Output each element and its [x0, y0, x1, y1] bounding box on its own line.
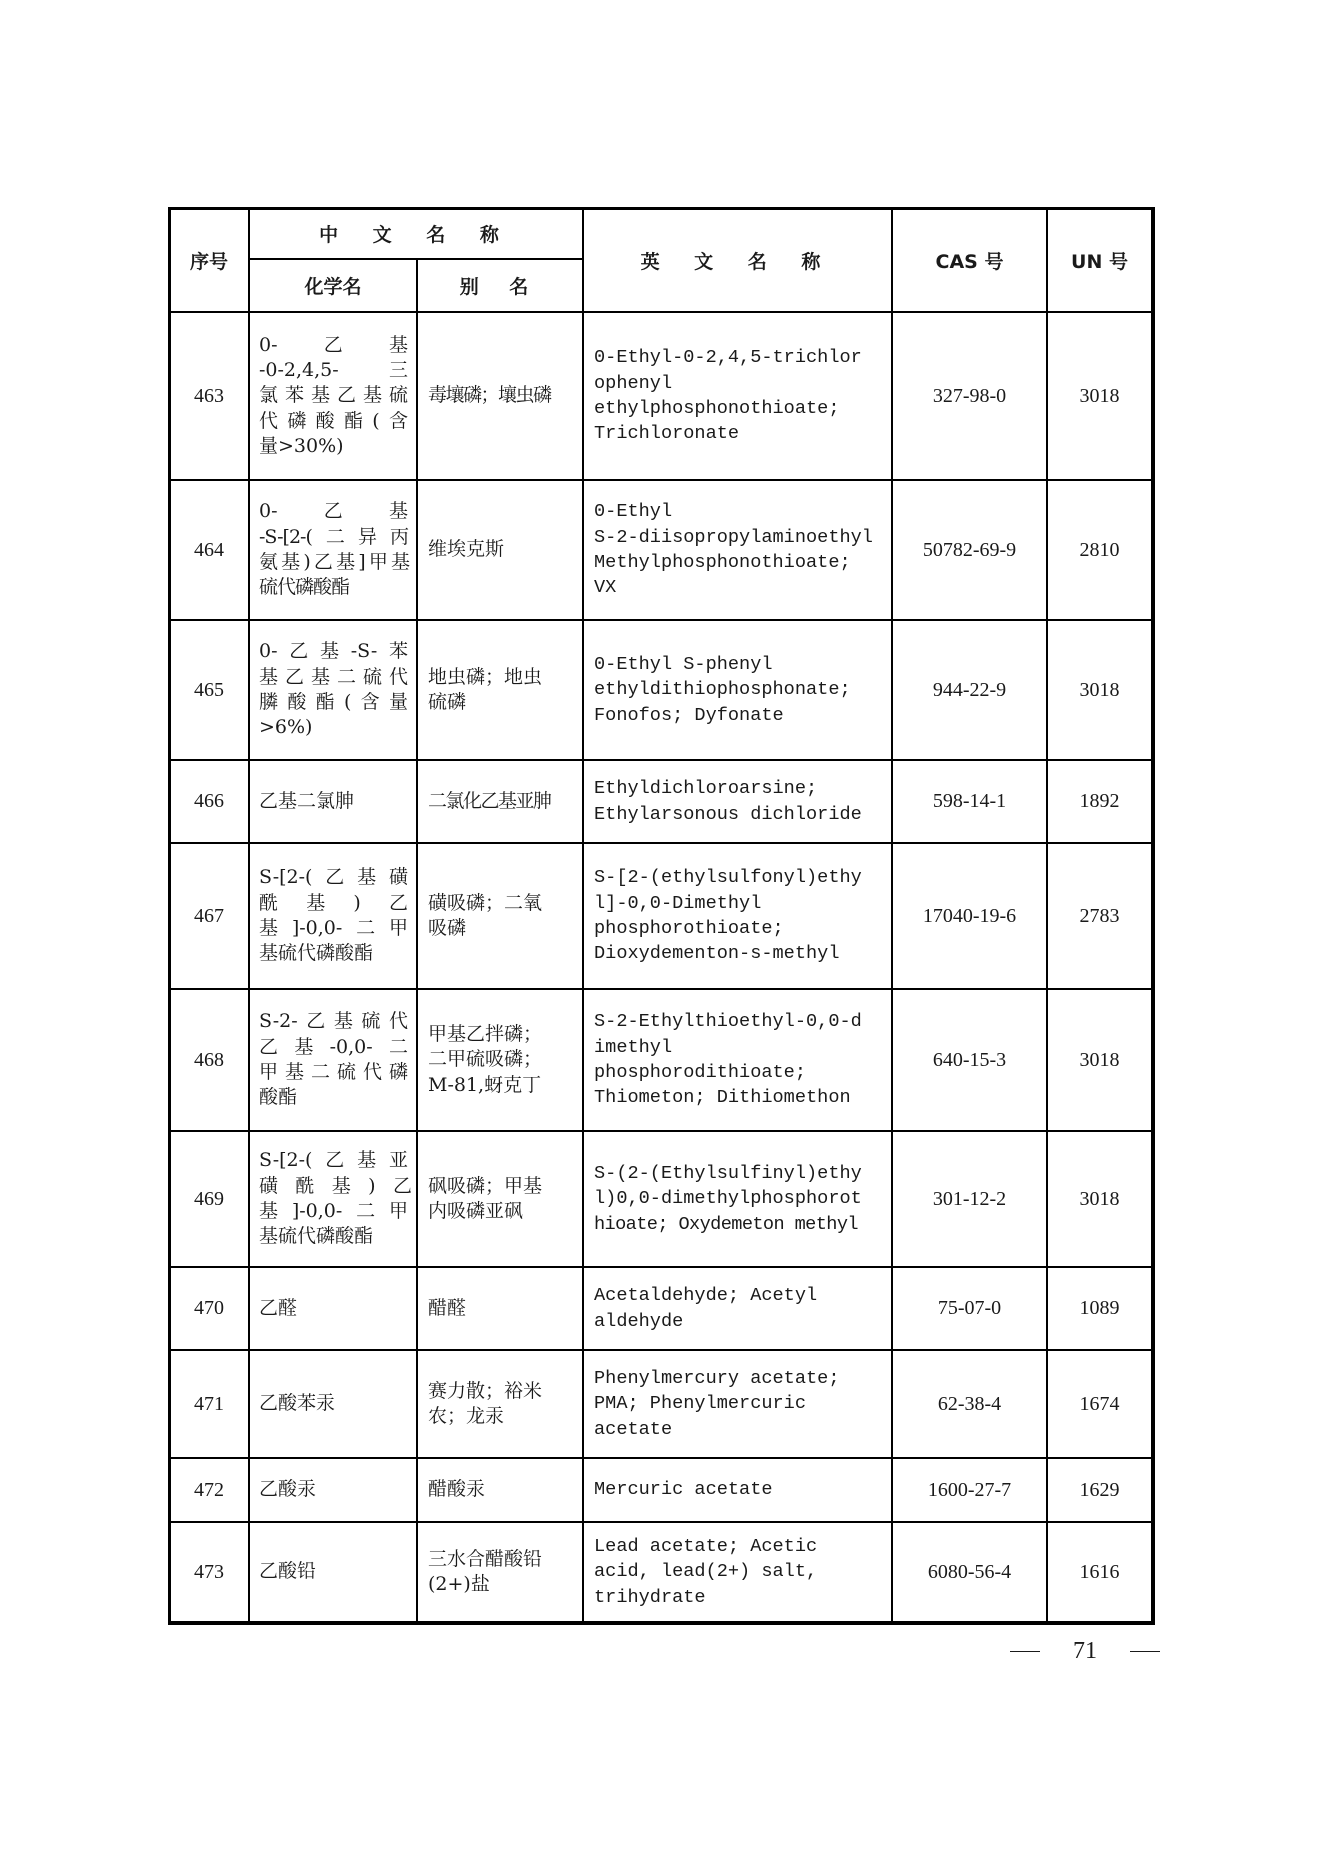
chem-name-cell: 乙醛	[250, 1268, 418, 1351]
english-name-line: 0-Ethyl-0-2,4,5-trichlor	[594, 345, 862, 370]
header-seq-label: 序号	[190, 247, 228, 274]
chem-name-line: 基硫代磷酸酯	[259, 941, 408, 966]
english-name-line: Ethylarsonous dichloride	[594, 802, 862, 827]
english-name-line: imethyl	[594, 1035, 862, 1060]
alias-line: 甲基乙拌磷；	[428, 1022, 542, 1047]
english-name-line: Lead acetate; Acetic	[594, 1534, 817, 1559]
table-row-seq: 465	[170, 621, 250, 761]
chem-name-line: 乙基二氯胂	[259, 789, 408, 814]
cas-value: 944-22-9	[933, 679, 1006, 702]
seq-value: 464	[194, 539, 224, 562]
header-cas-label: CAS 号	[936, 247, 1004, 274]
english-name-cell: S-(2-(Ethylsulfinyl)ethy l)0,0-dimethylp…	[584, 1132, 893, 1268]
seq-value: 466	[194, 790, 224, 813]
header-alias-label: 别 名	[460, 272, 541, 299]
header-english-name-label: 英 文 名 称	[641, 247, 835, 274]
english-name-line: Ethyldichloroarsine;	[594, 776, 862, 801]
cas-cell: 6080-56-4	[893, 1523, 1048, 1623]
table-row-seq: 463	[170, 313, 250, 481]
chem-name-line: 0-乙基-S-苯	[259, 639, 408, 664]
seq-value: 467	[194, 905, 224, 928]
chem-name-line: 膦酸酯(含量	[259, 690, 408, 715]
header-chinese-name-label: 中 文 名 称	[319, 220, 513, 247]
chem-name-line: S-[2-(乙基亚	[259, 1148, 408, 1173]
english-name-cell: Mercuric acetate	[584, 1459, 893, 1523]
table-row-seq: 467	[170, 844, 250, 990]
english-name-line: S-[2-(ethylsulfonyl)ethy	[594, 865, 862, 890]
header-alias: 别 名	[418, 260, 584, 313]
table-row-seq: 471	[170, 1351, 250, 1459]
chem-name-line: 基乙基二硫代	[259, 665, 408, 690]
english-name-line: l)0,0-dimethylphosphorot	[594, 1186, 862, 1211]
english-name-cell: Ethyldichloroarsine; Ethylarsonous dichl…	[584, 761, 893, 844]
alias-cell: 赛力散；裕米 农；龙汞	[418, 1351, 584, 1459]
english-name-line: phosphorothioate;	[594, 916, 862, 941]
seq-value: 468	[194, 1049, 224, 1072]
english-name-line: Methylphosphonothioate;	[594, 550, 873, 575]
alias-line: 硫磷	[428, 690, 542, 715]
english-name-cell: 0-Ethyl S-2-diisopropylaminoethyl Methyl…	[584, 481, 893, 621]
un-cell: 1616	[1048, 1523, 1153, 1623]
alias-cell: 二氯化乙基亚胂	[418, 761, 584, 844]
chem-name-line: 甲基二硫代磷	[259, 1060, 408, 1085]
chem-name-line: 乙酸苯汞	[259, 1391, 408, 1416]
header-cas: CAS 号	[893, 209, 1048, 313]
english-name-cell: 0-Ethyl S-phenyl ethyldithiophosphonate;…	[584, 621, 893, 761]
seq-value: 469	[194, 1188, 224, 1211]
english-name-line: 0-Ethyl	[594, 499, 873, 524]
cas-cell: 17040-19-6	[893, 844, 1048, 990]
un-value: 3018	[1080, 1049, 1120, 1072]
chem-name-line: 0- 乙 基	[259, 499, 408, 524]
cas-value: 50782-69-9	[923, 539, 1016, 562]
chem-name-line: S-2-乙基硫代	[259, 1009, 408, 1034]
chem-name-line: 乙醛	[259, 1296, 408, 1321]
alias-line: M-81,蚜克丁	[428, 1073, 542, 1098]
seq-value: 473	[194, 1561, 224, 1584]
un-cell: 3018	[1048, 990, 1153, 1132]
un-value: 1616	[1080, 1561, 1120, 1584]
un-value: 3018	[1080, 679, 1120, 702]
alias-cell: 醋醛	[418, 1268, 584, 1351]
header-un: UN 号	[1048, 209, 1153, 313]
chem-name-line: S-[2-(乙基磺	[259, 865, 408, 890]
chem-name-cell: 0-乙基-S-苯 基乙基二硫代 膦酸酯(含量 >6%)	[250, 621, 418, 761]
header-un-label: UN 号	[1071, 247, 1128, 274]
cas-cell: 598-14-1	[893, 761, 1048, 844]
chem-name-line: 磺 酰 基 ) 乙	[259, 1174, 408, 1199]
chem-name-line: >6%)	[259, 715, 408, 740]
alias-cell: 砜吸磷；甲基 内吸磷亚砜	[418, 1132, 584, 1268]
english-name-cell: Acetaldehyde; Acetyl aldehyde	[584, 1268, 893, 1351]
english-name-cell: S-[2-(ethylsulfonyl)ethy l]-0,0-Dimethyl…	[584, 844, 893, 990]
english-name-line: Dioxydementon-s-methyl	[594, 941, 862, 966]
cas-value: 640-15-3	[933, 1049, 1006, 1072]
english-name-line: trihydrate	[594, 1585, 817, 1610]
cas-value: 327-98-0	[933, 385, 1006, 408]
chem-name-line: 基硫代磷酸酯	[259, 1224, 408, 1249]
english-name-line: S-2-Ethylthioethyl-0,0-d	[594, 1009, 862, 1034]
alias-line: 醋醛	[428, 1296, 466, 1321]
english-name-line: acetate	[594, 1417, 839, 1442]
alias-line: (2+)盐	[428, 1572, 542, 1597]
alias-line: 砜吸磷；甲基	[428, 1174, 542, 1199]
chem-name-cell: 0- 乙 基 -0-2,4,5- 三 氯苯基乙基硫 代磷酸酯(含 量>30%)	[250, 313, 418, 481]
chem-name-cell: 乙酸苯汞	[250, 1351, 418, 1459]
page-footer: 71	[1010, 1636, 1160, 1666]
cas-value: 6080-56-4	[928, 1561, 1011, 1584]
chem-name-line: 乙酸汞	[259, 1477, 408, 1502]
chem-name-line: 基]-0,0-二甲	[259, 916, 408, 941]
un-cell: 3018	[1048, 1132, 1153, 1268]
english-name-line: l]-0,0-Dimethyl	[594, 891, 862, 916]
un-cell: 1892	[1048, 761, 1153, 844]
page-number: 71	[1073, 1638, 1097, 1665]
un-value: 2783	[1080, 905, 1120, 928]
cas-value: 17040-19-6	[923, 905, 1016, 928]
chemical-table: 序号 中 文 名 称 化学名 别 名 英 文 名 称 CAS 号 UN 号 46…	[170, 209, 1153, 1623]
chem-name-cell: S-[2-(乙基亚 磺 酰 基 ) 乙 基]-0,0-二甲 基硫代磷酸酯	[250, 1132, 418, 1268]
un-cell: 2783	[1048, 844, 1153, 990]
alias-line: 磺吸磷；二氧	[428, 891, 542, 916]
alias-line: 赛力散；裕米	[428, 1379, 542, 1404]
english-name-line: acid, lead(2+) salt,	[594, 1559, 817, 1584]
english-name-cell: Phenylmercury acetate; PMA; Phenylmercur…	[584, 1351, 893, 1459]
seq-value: 465	[194, 679, 224, 702]
chem-name-line: -S-[2-(二异丙	[259, 525, 408, 550]
seq-value: 472	[194, 1479, 224, 1502]
un-value: 1892	[1080, 790, 1120, 813]
english-name-line: Thiometon; Dithiomethon	[594, 1085, 862, 1110]
alias-cell: 甲基乙拌磷； 二甲硫吸磷； M-81,蚜克丁	[418, 990, 584, 1132]
cas-value: 62-38-4	[938, 1393, 1001, 1416]
header-chem-name: 化学名	[250, 260, 418, 313]
chem-name-line: -0-2,4,5- 三	[259, 358, 408, 383]
chem-name-line: 乙酸铅	[259, 1559, 408, 1584]
table-row-seq: 466	[170, 761, 250, 844]
table-row-seq: 464	[170, 481, 250, 621]
cas-cell: 944-22-9	[893, 621, 1048, 761]
english-name-cell: Lead acetate; Acetic acid, lead(2+) salt…	[584, 1523, 893, 1623]
table-row-seq: 472	[170, 1459, 250, 1523]
alias-cell: 毒壤磷；壤虫磷	[418, 313, 584, 481]
table-row-seq: 470	[170, 1268, 250, 1351]
cas-value: 301-12-2	[933, 1188, 1006, 1211]
un-value: 1674	[1080, 1393, 1120, 1416]
english-name-line: PMA; Phenylmercuric	[594, 1391, 839, 1416]
english-name-line: Acetaldehyde; Acetyl	[594, 1283, 817, 1308]
english-name-cell: S-2-Ethylthioethyl-0,0-d imethyl phospho…	[584, 990, 893, 1132]
un-cell: 3018	[1048, 621, 1153, 761]
header-chinese-name: 中 文 名 称	[250, 209, 584, 260]
alias-line: 醋酸汞	[428, 1477, 485, 1502]
alias-cell: 磺吸磷；二氧 吸磷	[418, 844, 584, 990]
cas-value: 598-14-1	[933, 790, 1006, 813]
cas-cell: 50782-69-9	[893, 481, 1048, 621]
english-name-line: S-2-diisopropylaminoethyl	[594, 525, 873, 550]
cas-value: 75-07-0	[938, 1297, 1001, 1320]
chem-name-line: 氨基)乙基]甲基	[259, 550, 408, 575]
english-name-line: ethylphosphonothioate;	[594, 396, 862, 421]
chem-name-cell: 乙基二氯胂	[250, 761, 418, 844]
seq-value: 470	[194, 1297, 224, 1320]
alias-line: 维埃克斯	[428, 537, 504, 562]
chem-name-line: 0- 乙 基	[259, 333, 408, 358]
chem-name-line: 代磷酸酯(含	[259, 409, 408, 434]
un-cell: 1629	[1048, 1459, 1153, 1523]
chem-name-line: 氯苯基乙基硫	[259, 383, 408, 408]
english-name-line: ophenyl	[594, 371, 862, 396]
english-name-line: Mercuric acetate	[594, 1477, 773, 1502]
alias-cell: 醋酸汞	[418, 1459, 584, 1523]
un-value: 2810	[1080, 539, 1120, 562]
english-name-line: 0-Ethyl S-phenyl	[594, 652, 851, 677]
chem-name-line: 酰 基 ) 乙	[259, 891, 408, 916]
english-name-line: hioate; Oxydemeton methyl	[594, 1212, 862, 1237]
un-cell: 2810	[1048, 481, 1153, 621]
chem-name-line: 酸酯	[259, 1085, 408, 1110]
chem-name-line: 量>30%)	[259, 434, 408, 459]
cas-cell: 75-07-0	[893, 1268, 1048, 1351]
alias-line: 二氯化乙基亚胂	[428, 789, 551, 814]
alias-line: 内吸磷亚砜	[428, 1199, 542, 1224]
un-value: 3018	[1080, 1188, 1120, 1211]
header-seq: 序号	[170, 209, 250, 313]
un-cell: 1674	[1048, 1351, 1153, 1459]
english-name-line: Fonofos; Dyfonate	[594, 703, 851, 728]
alias-cell: 维埃克斯	[418, 481, 584, 621]
cas-cell: 327-98-0	[893, 313, 1048, 481]
table-row-seq: 473	[170, 1523, 250, 1623]
chem-name-cell: 乙酸汞	[250, 1459, 418, 1523]
cas-cell: 1600-27-7	[893, 1459, 1048, 1523]
english-name-line: S-(2-(Ethylsulfinyl)ethy	[594, 1161, 862, 1186]
alias-line: 二甲硫吸磷；	[428, 1047, 542, 1072]
header-chem-name-label: 化学名	[304, 272, 361, 299]
alias-line: 三水合醋酸铅	[428, 1547, 542, 1572]
un-cell: 1089	[1048, 1268, 1153, 1351]
seq-value: 471	[194, 1393, 224, 1416]
table-row-seq: 468	[170, 990, 250, 1132]
alias-line: 地虫磷；地虫	[428, 665, 542, 690]
page-dash-right	[1130, 1651, 1160, 1652]
alias-line: 毒壤磷；壤虫磷	[428, 383, 551, 408]
alias-cell: 三水合醋酸铅 (2+)盐	[418, 1523, 584, 1623]
alias-cell: 地虫磷；地虫 硫磷	[418, 621, 584, 761]
english-name-line: aldehyde	[594, 1309, 817, 1334]
alias-line: 吸磷	[428, 916, 542, 941]
english-name-cell: 0-Ethyl-0-2,4,5-trichlor ophenyl ethylph…	[584, 313, 893, 481]
english-name-line: ethyldithiophosphonate;	[594, 677, 851, 702]
un-cell: 3018	[1048, 313, 1153, 481]
chem-name-cell: 乙酸铅	[250, 1523, 418, 1623]
page-dash-left	[1010, 1651, 1040, 1652]
english-name-line: Trichloronate	[594, 421, 862, 446]
chem-name-line: 硫代磷酸酯	[259, 575, 408, 600]
un-value: 1629	[1080, 1479, 1120, 1502]
cas-cell: 640-15-3	[893, 990, 1048, 1132]
cas-value: 1600-27-7	[928, 1479, 1011, 1502]
un-value: 3018	[1080, 385, 1120, 408]
cas-cell: 62-38-4	[893, 1351, 1048, 1459]
un-value: 1089	[1080, 1297, 1120, 1320]
alias-line: 农；龙汞	[428, 1404, 542, 1429]
cas-cell: 301-12-2	[893, 1132, 1048, 1268]
header-english-name: 英 文 名 称	[584, 209, 893, 313]
chem-name-line: 乙基-0,0-二	[259, 1035, 408, 1060]
chem-name-line: 基]-0,0-二甲	[259, 1199, 408, 1224]
english-name-line: VX	[594, 575, 873, 600]
english-name-line: Phenylmercury acetate;	[594, 1366, 839, 1391]
chem-name-cell: S-[2-(乙基磺 酰 基 ) 乙 基]-0,0-二甲 基硫代磷酸酯	[250, 844, 418, 990]
english-name-line: phosphorodithioate;	[594, 1060, 862, 1085]
seq-value: 463	[194, 385, 224, 408]
table-row-seq: 469	[170, 1132, 250, 1268]
chem-name-cell: S-2-乙基硫代 乙基-0,0-二 甲基二硫代磷 酸酯	[250, 990, 418, 1132]
chem-name-cell: 0- 乙 基 -S-[2-(二异丙 氨基)乙基]甲基 硫代磷酸酯	[250, 481, 418, 621]
